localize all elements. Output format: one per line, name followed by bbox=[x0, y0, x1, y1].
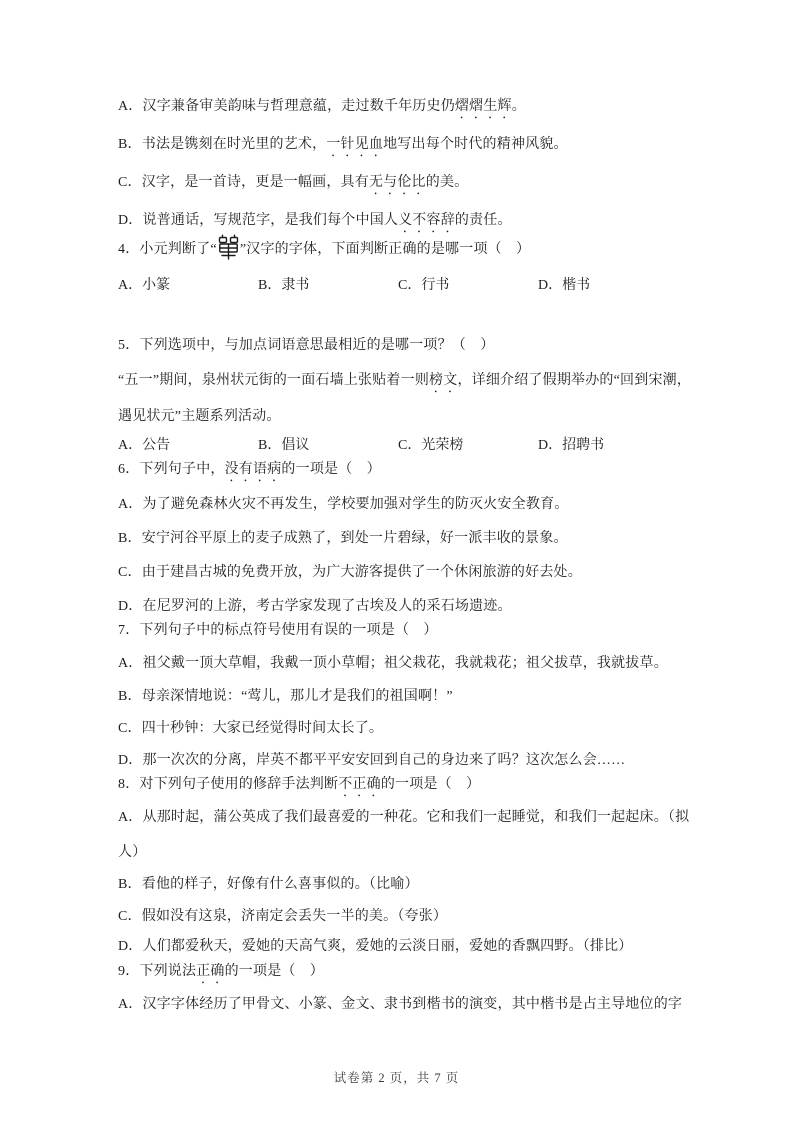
option-text: C．假如没有这泉，济南定会丢失一半的美。（夸张） bbox=[118, 909, 447, 924]
emphasized-text: 没有语病 bbox=[225, 462, 282, 477]
emphasized-text: 榜文 bbox=[429, 373, 457, 388]
option-text: B．安宁河谷平原上的麦子成熟了，到处一片碧绿，好一派丰收的景象。 bbox=[118, 531, 568, 546]
option-text: 。 bbox=[512, 99, 526, 114]
question-text: 5．下列选项中，与加点词语意思最相近的是哪一项？（ ） bbox=[118, 338, 494, 353]
passage-text: ，详细介绍了假期举办的“回到宋潮， bbox=[457, 373, 691, 388]
option-text: D．那一次次的分离，岸英不都平平安安回到自己的身边来了吗？这次怎么会…… bbox=[118, 753, 625, 768]
q4-option-a: A．小篆 bbox=[118, 276, 258, 296]
question-text: 8．对下列句子使用的修辞手法判断 bbox=[118, 777, 338, 792]
q5-passage-line-1: “五一”期间，泉州状元街的一面石墙上张贴着一则榜文，详细介绍了假期举办的“回到宋… bbox=[118, 371, 691, 396]
option-text: C．由于建昌古城的免费开放，为广大游客提供了一个休闲旅游的好去处。 bbox=[118, 565, 582, 580]
q6-option-d: D．在尼罗河的上游，考古学家发现了古埃及人的采石场遗迹。 bbox=[118, 597, 512, 617]
q5-option-b: B．倡议 bbox=[258, 436, 398, 456]
q7-option-c: C．四十秒钟：大家已经觉得时间太长了。 bbox=[118, 719, 383, 739]
passage-text: 遇见状元”主题系列活动。 bbox=[118, 409, 281, 424]
emphasized-text: 不正确 bbox=[338, 777, 381, 792]
q4-stem: 4．小元判断了“”汉字的字体，下面判断正确的是哪一项（ ） bbox=[118, 234, 530, 260]
option-text: C．四十秒钟：大家已经觉得时间太长了。 bbox=[118, 721, 383, 736]
question-text: 的一项是（ ） bbox=[281, 462, 380, 477]
option-text: 的责任。 bbox=[455, 213, 512, 228]
q5-stem: 5．下列选项中，与加点词语意思最相近的是哪一项？（ ） bbox=[118, 336, 494, 356]
q4-option-c: C．行书 bbox=[398, 276, 538, 296]
option-text: D．人们都爱秋天，爱她的天高气爽，爱她的云淡日丽，爱她的香飘四野。（排比） bbox=[118, 939, 633, 954]
passage-text: “五一”期间，泉州状元街的一面石墙上张贴着一则 bbox=[118, 373, 429, 388]
q8-stem: 8．对下列句子使用的修辞手法判断不正确的一项是（ ） bbox=[118, 775, 480, 800]
q3-option-c: C．汉字，是一首诗，更是一幅画，具有无与伦比的美。 bbox=[118, 173, 468, 198]
option-text: B．母亲深情地说：“莺儿，那儿才是我们的祖国啊！” bbox=[118, 689, 453, 704]
q6-option-b: B．安宁河谷平原上的麦子成熟了，到处一片碧绿，好一派丰收的景象。 bbox=[118, 529, 568, 549]
page-number-text: 试卷第 2 页，共 7 页 bbox=[334, 1071, 460, 1085]
q7-stem: 7．下列句子中的标点符号使用有误的一项是（ ） bbox=[118, 621, 438, 641]
q7-option-d: D．那一次次的分离，岸英不都平平安安回到自己的身边来了吗？这次怎么会…… bbox=[118, 751, 625, 771]
option-text: A．汉字兼备审美韵味与哲理意蕴，走过数千年历史仍 bbox=[118, 99, 455, 114]
option-text: B．看他的样子，好像有什么喜事似的。（比喻） bbox=[118, 877, 419, 892]
q8-option-b: B．看他的样子，好像有什么喜事似的。（比喻） bbox=[118, 875, 419, 895]
question-text: 4．小元判断了“ bbox=[118, 242, 217, 257]
option-text: A．为了避免森林火灾不再发生，学校要加强对学生的防灭火安全教育。 bbox=[118, 497, 569, 512]
q8-option-d: D．人们都爱秋天，爱她的天高气爽，爱她的云淡日丽，爱她的香飘四野。（排比） bbox=[118, 937, 633, 957]
option-text: C．汉字，是一首诗，更是一幅画，具有 bbox=[118, 175, 369, 190]
question-text: 7．下列句子中的标点符号使用有误的一项是（ ） bbox=[118, 623, 438, 638]
q6-option-a: A．为了避免森林火灾不再发生，学校要加强对学生的防灭火安全教育。 bbox=[118, 495, 569, 515]
exam-page: A．汉字兼备审美韵味与哲理意蕴，走过数千年历史仍熠熠生辉。 B．书法是镌刻在时光… bbox=[0, 0, 793, 1122]
q8-option-a-line-1: A．从那时起，蒲公英成了我们最喜爱的一种花。它和我们一起睡觉，和我们一起起床。（… bbox=[118, 808, 689, 828]
q4-option-d: D．楷书 bbox=[538, 276, 590, 296]
q3-option-d: D．说普通话，写规范字，是我们每个中国人义不容辞的责任。 bbox=[118, 211, 512, 236]
q8-option-c: C．假如没有这泉，济南定会丢失一半的美。（夸张） bbox=[118, 907, 447, 927]
option-text: D．说普通话，写规范字，是我们每个中国人 bbox=[118, 213, 398, 228]
q6-stem: 6．下列句子中，没有语病的一项是（ ） bbox=[118, 460, 381, 485]
q5-passage-line-2: 遇见状元”主题系列活动。 bbox=[118, 407, 281, 427]
q8-option-a-line-2: 人） bbox=[118, 843, 146, 863]
option-text: 人） bbox=[118, 845, 146, 860]
emphasized-text: 一针见血 bbox=[326, 137, 383, 152]
option-text: A．祖父戴一顶大草帽，我戴一顶小草帽；祖父栽花，我就栽花；祖父拔草，我就拔草。 bbox=[118, 656, 668, 671]
option-text: 地写出每个时代的精神风貌。 bbox=[383, 137, 568, 152]
q7-option-a: A．祖父戴一顶大草帽，我戴一顶小草帽；祖父栽花，我就栽花；祖父拔草，我就拔草。 bbox=[118, 654, 668, 674]
q7-option-b: B．母亲深情地说：“莺儿，那儿才是我们的祖国啊！” bbox=[118, 687, 453, 707]
q6-option-c: C．由于建昌古城的免费开放，为广大游客提供了一个休闲旅游的好去处。 bbox=[118, 563, 582, 583]
option-text: B．书法是镌刻在时光里的艺术， bbox=[118, 137, 326, 152]
q3-option-a: A．汉字兼备审美韵味与哲理意蕴，走过数千年历史仍熠熠生辉。 bbox=[118, 97, 526, 122]
emphasized-text: 正确 bbox=[196, 964, 224, 979]
option-text: 的美。 bbox=[426, 175, 469, 190]
q5-option-c: C．光荣榜 bbox=[398, 436, 538, 456]
q9-stem: 9．下列说法正确的一项是（ ） bbox=[118, 962, 324, 987]
question-text: 的一项是（ ） bbox=[381, 777, 480, 792]
q5-option-d: D．招聘书 bbox=[538, 436, 604, 456]
page-footer: 试卷第 2 页，共 7 页 bbox=[0, 1068, 793, 1086]
q9-option-a: A．汉字字体经历了甲骨文、小篆、金文、隶书到楷书的演变，其中楷书是占主导地位的字 bbox=[118, 995, 682, 1015]
option-text: A．汉字字体经历了甲骨文、小篆、金文、隶书到楷书的演变，其中楷书是占主导地位的字 bbox=[118, 997, 682, 1012]
q5-options-row: A．公告 B．倡议 C．光荣榜 D．招聘书 bbox=[118, 436, 604, 456]
question-text: 6．下列句子中， bbox=[118, 462, 225, 477]
option-text: A．从那时起，蒲公英成了我们最喜爱的一种花。它和我们一起睡觉，和我们一起起床。（… bbox=[118, 810, 689, 825]
emphasized-text: 熠熠生辉 bbox=[455, 99, 512, 114]
emphasized-text: 无与伦比 bbox=[369, 175, 426, 190]
seal-script-character-image bbox=[218, 234, 239, 260]
q3-option-b: B．书法是镌刻在时光里的艺术，一针见血地写出每个时代的精神风貌。 bbox=[118, 135, 568, 160]
option-text: D．在尼罗河的上游，考古学家发现了古埃及人的采石场遗迹。 bbox=[118, 599, 512, 614]
question-text: ”汉字的字体，下面判断正确的是哪一项（ ） bbox=[240, 242, 530, 257]
question-text: 9．下列说法 bbox=[118, 964, 196, 979]
emphasized-text: 义不容辞 bbox=[398, 213, 455, 228]
question-text: 的一项是（ ） bbox=[225, 964, 324, 979]
q4-option-b: B．隶书 bbox=[258, 276, 398, 296]
q5-option-a: A．公告 bbox=[118, 436, 258, 456]
q4-options-row: A．小篆 B．隶书 C．行书 D．楷书 bbox=[118, 276, 590, 296]
